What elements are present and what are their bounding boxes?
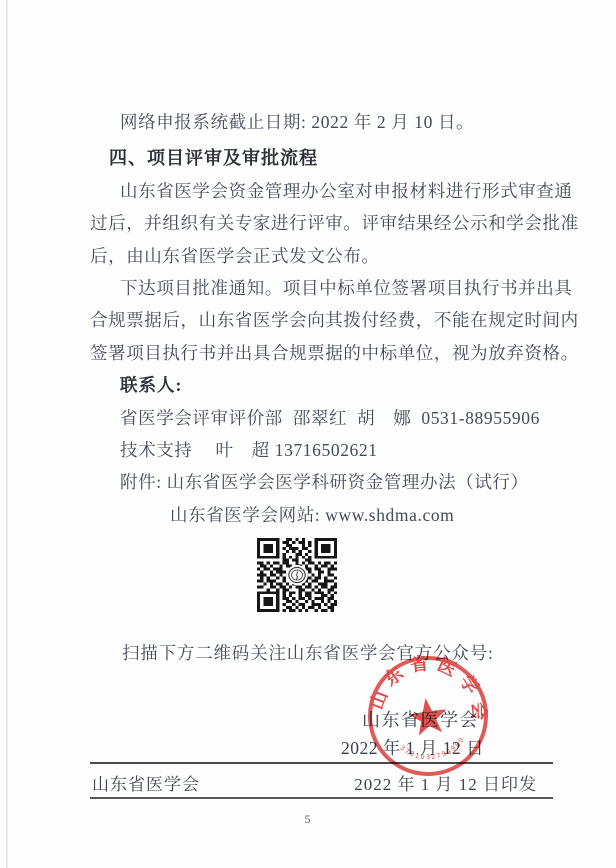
section-heading: 四、项目评审及审批流程 xyxy=(90,142,556,174)
page-number: 5 xyxy=(0,812,616,827)
scan-edge-shadow xyxy=(6,0,8,868)
document-page: 网络申报系统截止日期: 2022 年 2 月 10 日。 四、项目评审及审批流程… xyxy=(0,0,616,868)
seal-star-icon xyxy=(407,696,450,737)
document-body: 网络申报系统截止日期: 2022 年 2 月 10 日。 四、项目评审及审批流程… xyxy=(90,106,556,531)
paragraph-line: 下达项目批准通知。项目中标单位签署项目执行书并出具 xyxy=(90,272,556,304)
qr-center-logo xyxy=(286,565,308,585)
contact-heading: 联系人: xyxy=(90,369,556,401)
official-seal: 山东省医学会 3701032794980 xyxy=(358,646,498,786)
website-line: 山东省医学会网站: www.shdma.com xyxy=(90,499,556,531)
attachment-line: 附件: 山东省医学会医学科研资金管理办法（试行） xyxy=(90,466,556,498)
contact-line: 技术支持 叶 超 13716502621 xyxy=(90,434,556,466)
intro-line: 网络申报系统截止日期: 2022 年 2 月 10 日。 xyxy=(90,106,556,138)
qr-code xyxy=(257,538,337,612)
contact-line: 省医学会评审评价部 邵翠红 胡 娜 0531-88955906 xyxy=(90,402,556,434)
paragraph-line: 山东省医学会资金管理办公室对申报材料进行形式审查通 xyxy=(90,175,556,207)
svg-text:3701032794980: 3701032794980 xyxy=(397,734,468,765)
seal-arc-text: 山东省医学会 xyxy=(360,646,493,744)
qr-code-image xyxy=(257,538,337,612)
footer-rule-bottom xyxy=(90,797,553,799)
paragraph-line: 签署项目执行书并出具合规票据的中标单位，视为放弃资格。 xyxy=(90,337,556,369)
paragraph-line: 合规票据后，山东省医学会向其拨付经费，不能在规定时间内 xyxy=(90,304,556,336)
seal-serial-number: 3701032794980 xyxy=(397,734,468,765)
svg-text:山东省医学会: 山东省医学会 xyxy=(360,646,493,744)
footer-issuer: 山东省医学会 xyxy=(90,770,200,795)
paragraph-line: 过后，并组织有关专家进行评审。评审结果经公示和学会批准 xyxy=(90,207,556,239)
paragraph-line: 后，由山东省医学会正式发文公布。 xyxy=(90,240,556,272)
